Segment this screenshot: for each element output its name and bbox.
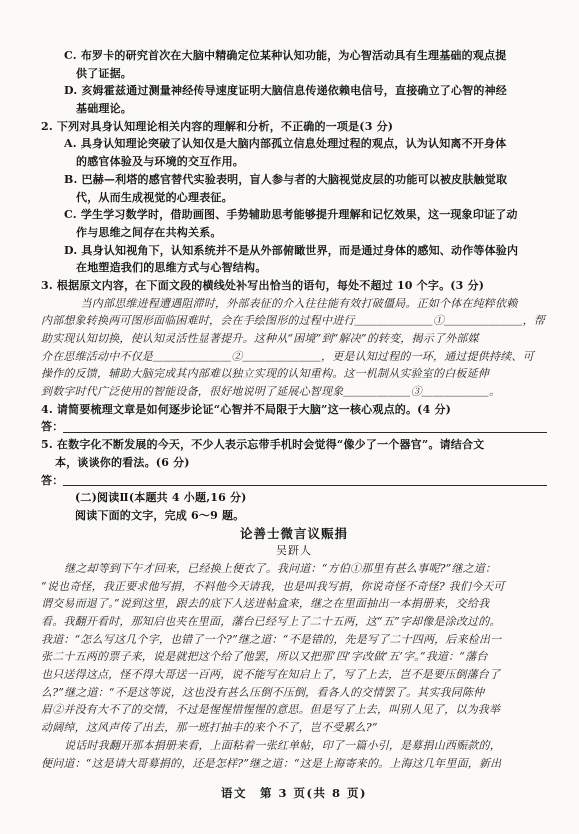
passage-line: 我道：“怎么写这几个字，也错了一个?”继之道：“不是错的，先是写了二十四两，后来… xyxy=(41,631,547,649)
option-cont-line: 基础理论。 xyxy=(41,100,547,118)
question-line: 4. 请简要梳理文章是如何逐步论证“心智并不局限于大脑”这一核心观点的。(4 分… xyxy=(41,401,547,419)
page-footer: 语文 第 3 页(共 8 页) xyxy=(41,785,547,801)
passage-line: 眉②并没有大不了的交情，不过是惺惺惜惺惺的意思。但是写了上去，叫别人见了，以为我… xyxy=(41,701,547,719)
answer-line: 答： xyxy=(41,472,547,490)
quoted-passage-line: 内部想象转换两可图形面临困难时，会在手绘图形的过程中进行＿＿＿＿＿＿＿①＿＿＿＿… xyxy=(41,312,547,330)
question-line: 3. 根据原文内容，在下面文段的横线处补写出恰当的语句，每处不超过 10 个字。… xyxy=(41,277,547,295)
option-line: C. 学生学习数学时，借助画图、手势辅助思考能够提升理解和记忆效果，这一现象印证… xyxy=(41,206,547,224)
instruction-line: 阅读下面的文字，完成 6～9 题。 xyxy=(41,507,547,525)
option-line: B. 巴赫—利塔的感官替代实验表明，盲人参与者的大脑视觉皮层的功能可以被皮肤触觉… xyxy=(41,171,547,189)
exam-page: C. 布罗卡的研究首次在大脑中精确定位某种认知功能，为心智活动具有生理基础的观点… xyxy=(0,0,579,834)
passage-line: 也只送得这点，怪不得大哥送一百两，说不能写在知启上了，写了上去，岂不是要压倒藩台… xyxy=(41,666,547,684)
passage-line: 张二十五两的票子来，说是就把这个给了他罢，所以又把那‘四’字改做‘五’字。”我道… xyxy=(41,648,547,666)
question-line: 2. 下列对具身认知理论相关内容的理解和分析，不正确的一项是(3 分) xyxy=(41,118,547,136)
answer-label: 答： xyxy=(41,472,63,490)
passage-title: 论善士微言议赈捐 xyxy=(41,525,547,543)
answer-blank-line xyxy=(63,418,547,432)
passage-author: 吴趼人 xyxy=(41,542,547,560)
option-cont-line: 代，从而生成视觉的心理表征。 xyxy=(41,189,547,207)
section-heading: (二)阅读Ⅱ(本题共 4 小题,16 分) xyxy=(41,489,547,507)
passage-line: 么?”继之道：“不是这等说，这也没有甚么压倒不压倒，看各人的交情罢了。其实我同陈… xyxy=(41,684,547,702)
option-line: D. 亥姆霍兹通过测量神经传导速度证明大脑信息传递依赖电信号，直接确立了心智的神… xyxy=(41,82,547,100)
question-line: 5. 在数字化不断发展的今天，不少人表示忘带手机时会觉得“像少了一个器官”。请结… xyxy=(41,436,547,454)
quoted-passage-line: 操作的反馈，辅助大脑完成其内部难以独立实现的认知重构。这一机制从实验室的白板延伸 xyxy=(41,365,547,383)
option-cont-line: 在地塑造我们的思维方式与心智结构。 xyxy=(41,259,547,277)
passage-line: 说话时我翻开那本捐册来看，上面粘着一张红单帖，印了一篇小引，是募捐山西赈款的， xyxy=(41,737,547,755)
answer-blank-line xyxy=(63,472,547,486)
option-cont-line: 的感官体验及与环境的交互作用。 xyxy=(41,153,547,171)
passage-line: 便问道：“这是请大哥募捐的，还是怎样?”继之道：“这是上海寄来的。上海这几年里面… xyxy=(41,755,547,773)
quoted-passage-line: 到数字时代广泛使用的智能设备，很好地说明了延展心智现象＿＿＿＿＿＿③＿＿＿＿＿＿… xyxy=(41,383,547,401)
option-line: D. 具身认知视角下，认知系统并不是从外部俯瞰世界，而是通过身体的感知、动作等体… xyxy=(41,242,547,260)
answer-line: 答： xyxy=(41,418,547,436)
option-cont-line: 作与思维之间存在共构关系。 xyxy=(41,224,547,242)
quoted-passage-line: 当内部思维进程遭遇阻滞时，外部表征的介入往往能有效打破僵局。正如个体在纯粹依赖 xyxy=(41,295,547,313)
passage-line: 动阔绰，这风声传了出去，那一班打抽丰的来个不了，岂不受累么?” xyxy=(41,719,547,737)
option-line: C. 布罗卡的研究首次在大脑中精确定位某种认知功能，为心智活动具有生理基础的观点… xyxy=(41,47,547,65)
passage-line: “说也奇怪，我正要求他写捐，不料他今天请我，也是叫我写捐，你说奇怪不奇怪? 我们… xyxy=(41,578,547,596)
question-cont-line: 本，谈谈你的看法。(6 分) xyxy=(41,454,547,472)
answer-label: 答： xyxy=(41,418,63,436)
option-cont-line: 供了证据。 xyxy=(41,65,547,83)
passage-line: 谓交易而退了。”说到这里，跟去的底下人送进帖盒来，继之在里面抽出一本捐册来，交给… xyxy=(41,595,547,613)
option-line: A. 具身认知理论突破了认知仅是大脑内部孤立信息处理过程的观点，认为认知离不开身… xyxy=(41,135,547,153)
quoted-passage-line: 介在思维活动中不仅是＿＿＿＿＿＿＿②＿＿＿＿＿＿＿，更是认知过程的一环，通过提供… xyxy=(41,348,547,366)
passage-line: 继之却等到下午才回来，已经换上便衣了。我问道：“方伯①那里有甚么事呢?”继之道： xyxy=(41,560,547,578)
passage-line: 看。我翻开看时，那知启也夹在里面，藩台已经写上了二十五两，这“五”字却像是涂改过… xyxy=(41,613,547,631)
quoted-passage-line: 助实现认知切换，使认知灵活性显著提升。这种从“困境”到“解决”的转变，揭示了外部… xyxy=(41,330,547,348)
